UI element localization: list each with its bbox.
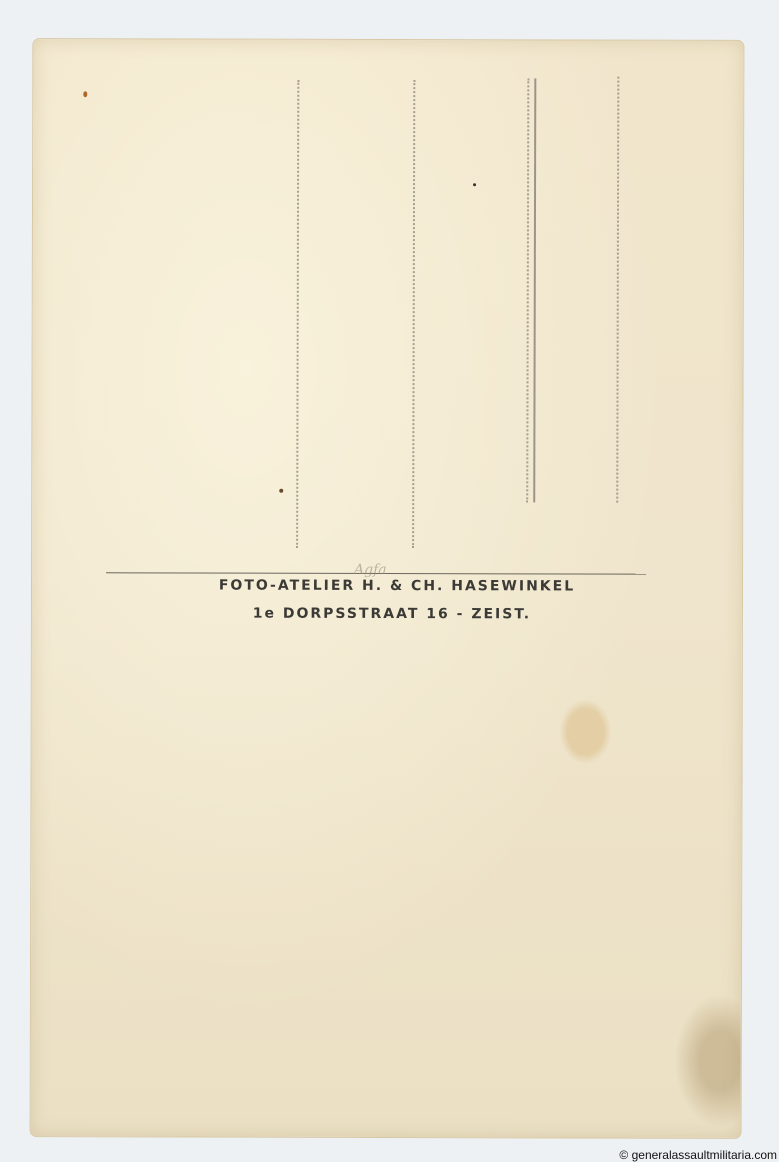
agfa-overprint: Agfa	[354, 562, 387, 578]
stamp-box-line	[616, 77, 619, 503]
stamp-box-line	[526, 78, 529, 502]
stamp-box-line	[412, 80, 415, 548]
stamp-box-line	[296, 80, 299, 548]
studio-address: 1e DORPSSTRAAT 16 - ZEIST.	[32, 605, 742, 623]
foxing-spot	[279, 489, 283, 493]
photo-card-back: Agfa FOTO-ATELIER H. & CH. HASEWINKEL 1e…	[31, 39, 744, 1138]
studio-name: FOTO-ATELIER H. & CH. HASEWINKEL	[32, 577, 742, 595]
copyright-watermark: © generalassaultmilitaria.com	[619, 1148, 777, 1162]
foxing-spot	[473, 183, 476, 186]
foxing-spot	[83, 91, 87, 97]
stamp-box-line	[533, 78, 536, 502]
